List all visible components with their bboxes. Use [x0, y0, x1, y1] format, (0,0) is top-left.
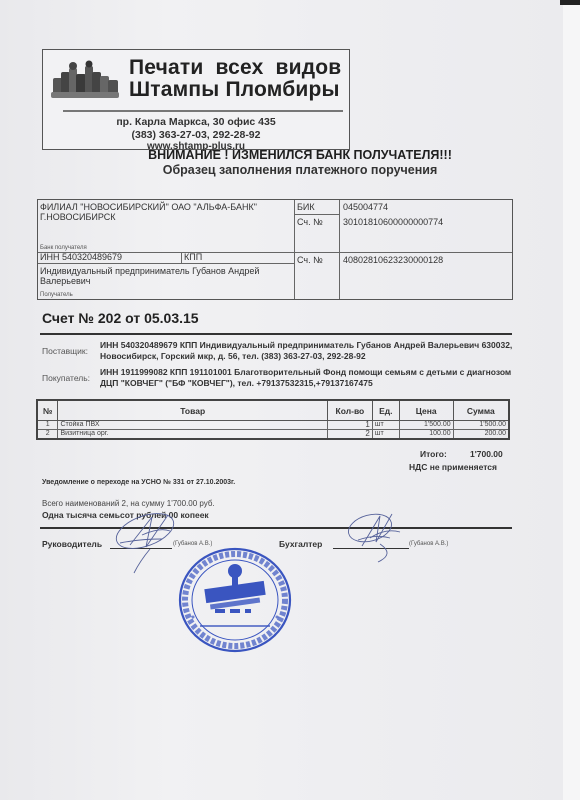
- bank-details-table: ФИЛИАЛ "НОВОСИБИРСКИЙ" ОАО "АЛЬФА-БАНК" …: [37, 199, 513, 300]
- notice-title: ВНИМАНИЕ ! ИЗМЕНИЛСЯ БАНК ПОЛУЧАТЕЛЯ!!!: [110, 148, 490, 162]
- notice-subtitle: Образец заполнения платежного поручения: [110, 163, 490, 177]
- bank-label: Банк получателя: [40, 245, 87, 251]
- title-divider: [40, 333, 512, 335]
- corr-account-label: Сч. №: [297, 217, 323, 227]
- table-row: 2 Визитница орг. 2 шт 100.00 200.00: [37, 430, 509, 440]
- buyer-label: Покупатель:: [42, 373, 90, 383]
- row-sum: 1'500.00: [453, 421, 509, 430]
- buyer-details: ИНН 1911999082 КПП 191101001 Благотворит…: [100, 367, 520, 389]
- director-signature-line: [110, 548, 172, 549]
- header-product: Товар: [58, 400, 328, 421]
- accountant-label: Бухгалтер: [279, 539, 322, 549]
- row-number: 1: [37, 421, 58, 430]
- total-label: Итого:: [420, 449, 447, 459]
- header-ad-box: Печати всех видов Штампы Пломбиры пр. Ка…: [42, 49, 350, 150]
- header-number: №: [37, 400, 58, 421]
- recipient-account-label: Сч. №: [297, 255, 323, 265]
- recipient-cell: Индивидуальный предприниматель Губанов А…: [38, 264, 295, 299]
- accountant-signature-line: [333, 548, 409, 549]
- row-price: 1'500.00: [399, 421, 453, 430]
- recipient-name: Индивидуальный предприниматель Губанов А…: [40, 266, 270, 286]
- kpp-cell: КПП: [182, 252, 295, 264]
- bik-label-cell: БИК: [295, 200, 340, 215]
- recipient-account-value: 40802810623230000128: [343, 255, 443, 265]
- vat-note: НДС не применяется: [409, 462, 497, 472]
- amount-in-words: Одна тысяча семьсот рублей 00 копеек: [42, 510, 209, 520]
- ad-headline-1: Печати всех видов: [129, 56, 341, 80]
- recipient-label: Получатель: [40, 292, 73, 298]
- row-sum: 200.00: [453, 430, 509, 440]
- row-product: Стойка ПВХ: [58, 421, 328, 430]
- page-edge: [563, 0, 580, 800]
- page-corner: [560, 0, 580, 5]
- items-count: Всего наименований 2, на сумму 1'700.00 …: [42, 499, 215, 508]
- ad-address: пр. Карла Маркса, 30 офис 435: [43, 116, 349, 128]
- stamps-logo-icon: [51, 60, 121, 100]
- items-header-row: № Товар Кол-во Ед. Цена Сумма: [37, 400, 509, 421]
- inn-cell: ИНН 540320489679: [38, 252, 182, 264]
- director-name: (Губанов А.В.): [173, 541, 212, 547]
- total-value: 1'700.00: [470, 449, 503, 459]
- accountant-name: (Губанов А.В.): [409, 541, 448, 547]
- header-price: Цена: [399, 400, 453, 421]
- recipient-account-label-cell: Сч. №: [295, 253, 340, 299]
- row-price: 100.00: [399, 430, 453, 440]
- bik-label: БИК: [297, 202, 315, 212]
- corr-account-label-cell: Сч. №: [295, 215, 340, 253]
- row-number: 2: [37, 430, 58, 440]
- recipient-inn: ИНН 540320489679: [40, 252, 122, 263]
- ad-divider: [63, 110, 343, 112]
- row-product: Визитница орг.: [58, 430, 328, 440]
- bank-name: ФИЛИАЛ "НОВОСИБИРСКИЙ" ОАО "АЛЬФА-БАНК" …: [40, 202, 290, 222]
- signature-divider: [40, 527, 512, 529]
- table-row: 1 Стойка ПВХ 1 шт 1'500.00 1'500.00: [37, 421, 509, 430]
- supplier-label: Поставщик:: [42, 346, 88, 356]
- header-unit: Ед.: [372, 400, 399, 421]
- row-quantity: 2: [327, 430, 372, 440]
- bank-name-cell: ФИЛИАЛ "НОВОСИБИРСКИЙ" ОАО "АЛЬФА-БАНК" …: [38, 200, 295, 253]
- invoice-title: Счет № 202 от 05.03.15: [42, 310, 199, 326]
- ad-phones: (383) 363-27-03, 292-28-92: [43, 129, 349, 141]
- header-quantity: Кол-во: [327, 400, 372, 421]
- usno-notice: Уведомление о переходе на УСНО № 331 от …: [42, 479, 235, 486]
- row-unit: шт: [372, 430, 399, 440]
- kpp-label: КПП: [184, 252, 202, 263]
- bank-values-cell: 045004774 30101810600000000774: [340, 200, 512, 253]
- corr-account-value: 30101810600000000774: [343, 217, 443, 227]
- bik-value: 045004774: [343, 202, 388, 212]
- ad-headline-2: Штампы Пломбиры: [129, 78, 340, 102]
- items-table: № Товар Кол-во Ед. Цена Сумма 1 Стойка П…: [36, 399, 510, 440]
- row-unit: шт: [372, 421, 399, 430]
- header-sum: Сумма: [453, 400, 509, 421]
- supplier-details: ИНН 540320489679 КПП Индивидуальный пред…: [100, 340, 520, 362]
- recipient-account-cell: 40802810623230000128: [340, 253, 512, 299]
- director-label: Руководитель: [42, 539, 102, 549]
